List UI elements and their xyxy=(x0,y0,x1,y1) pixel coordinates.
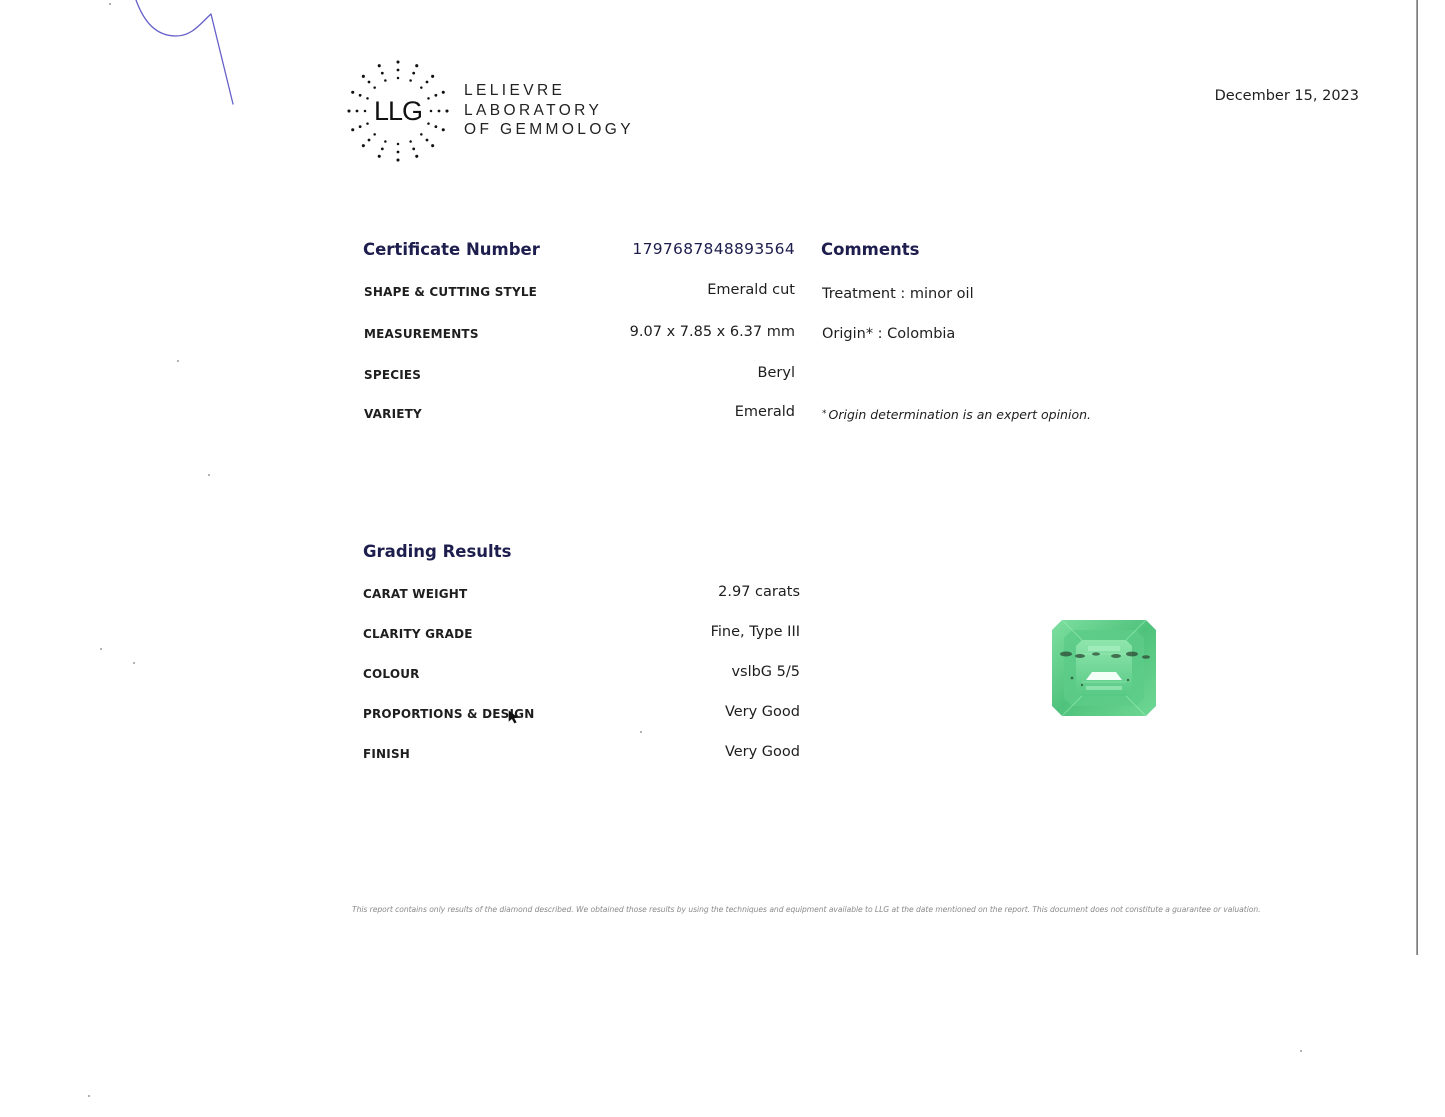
certificate-number-label: Certificate Number xyxy=(363,240,540,259)
comments-heading: Comments xyxy=(821,240,919,259)
scan-speck xyxy=(100,648,102,650)
certificate-number-value: 1797687848893564 xyxy=(632,240,795,258)
species-value: Beryl xyxy=(758,365,795,381)
measurements-label: MEASUREMENTS xyxy=(364,327,479,341)
scan-speck xyxy=(88,1095,90,1097)
emerald-gem-image xyxy=(1052,620,1156,716)
pen-mark xyxy=(130,0,250,110)
measurements-value: 9.07 x 7.85 x 6.37 mm xyxy=(630,324,795,340)
shape-cutting-style-label: SHAPE & CUTTING STYLE xyxy=(364,285,537,299)
scan-speck xyxy=(177,360,179,362)
carat-weight-label: CARAT WEIGHT xyxy=(363,587,467,601)
grading-results-heading: Grading Results xyxy=(363,542,511,561)
colour-label: COLOUR xyxy=(363,667,420,681)
variety-value: Emerald xyxy=(735,404,795,420)
carat-weight-value: 2.97 carats xyxy=(718,584,800,600)
species-label: SPECIES xyxy=(364,368,421,382)
clarity-grade-label: CLARITY GRADE xyxy=(363,627,473,641)
finish-value: Very Good xyxy=(725,744,800,760)
finish-label: FINISH xyxy=(363,747,410,761)
lab-name: LELIEVRE LABORATORY OF GEMMOLOGY xyxy=(464,81,634,140)
lab-name-line-3: OF GEMMOLOGY xyxy=(464,120,634,140)
scan-speck xyxy=(133,662,135,664)
scan-speck xyxy=(208,474,210,476)
clarity-grade-value: Fine, Type III xyxy=(711,624,800,640)
treatment-comment: Treatment : minor oil xyxy=(822,286,974,302)
origin-comment: Origin* : Colombia xyxy=(822,326,955,342)
origin-footnote: *Origin determination is an expert opini… xyxy=(822,407,1091,422)
logo-monogram: LLG xyxy=(346,59,450,163)
proportions-design-value: Very Good xyxy=(725,704,800,720)
lab-name-line-1: LELIEVRE xyxy=(464,81,634,101)
lab-logo: LLG xyxy=(346,59,450,163)
report-date: December 15, 2023 xyxy=(1215,88,1359,104)
variety-label: VARIETY xyxy=(364,407,422,421)
scan-speck xyxy=(109,3,111,5)
mouse-cursor-icon xyxy=(508,710,520,724)
colour-value: vslbG 5/5 xyxy=(731,664,800,680)
footnote-marker: * xyxy=(822,409,827,419)
scan-speck xyxy=(1300,1050,1302,1052)
footnote-text: Origin determination is an expert opinio… xyxy=(829,407,1092,422)
shape-cutting-style-value: Emerald cut xyxy=(707,282,795,298)
scan-speck xyxy=(640,731,642,733)
lab-name-line-2: LABORATORY xyxy=(464,101,634,121)
disclaimer-text: This report contains only results of the… xyxy=(352,905,1332,914)
page-edge-line xyxy=(1416,0,1418,955)
